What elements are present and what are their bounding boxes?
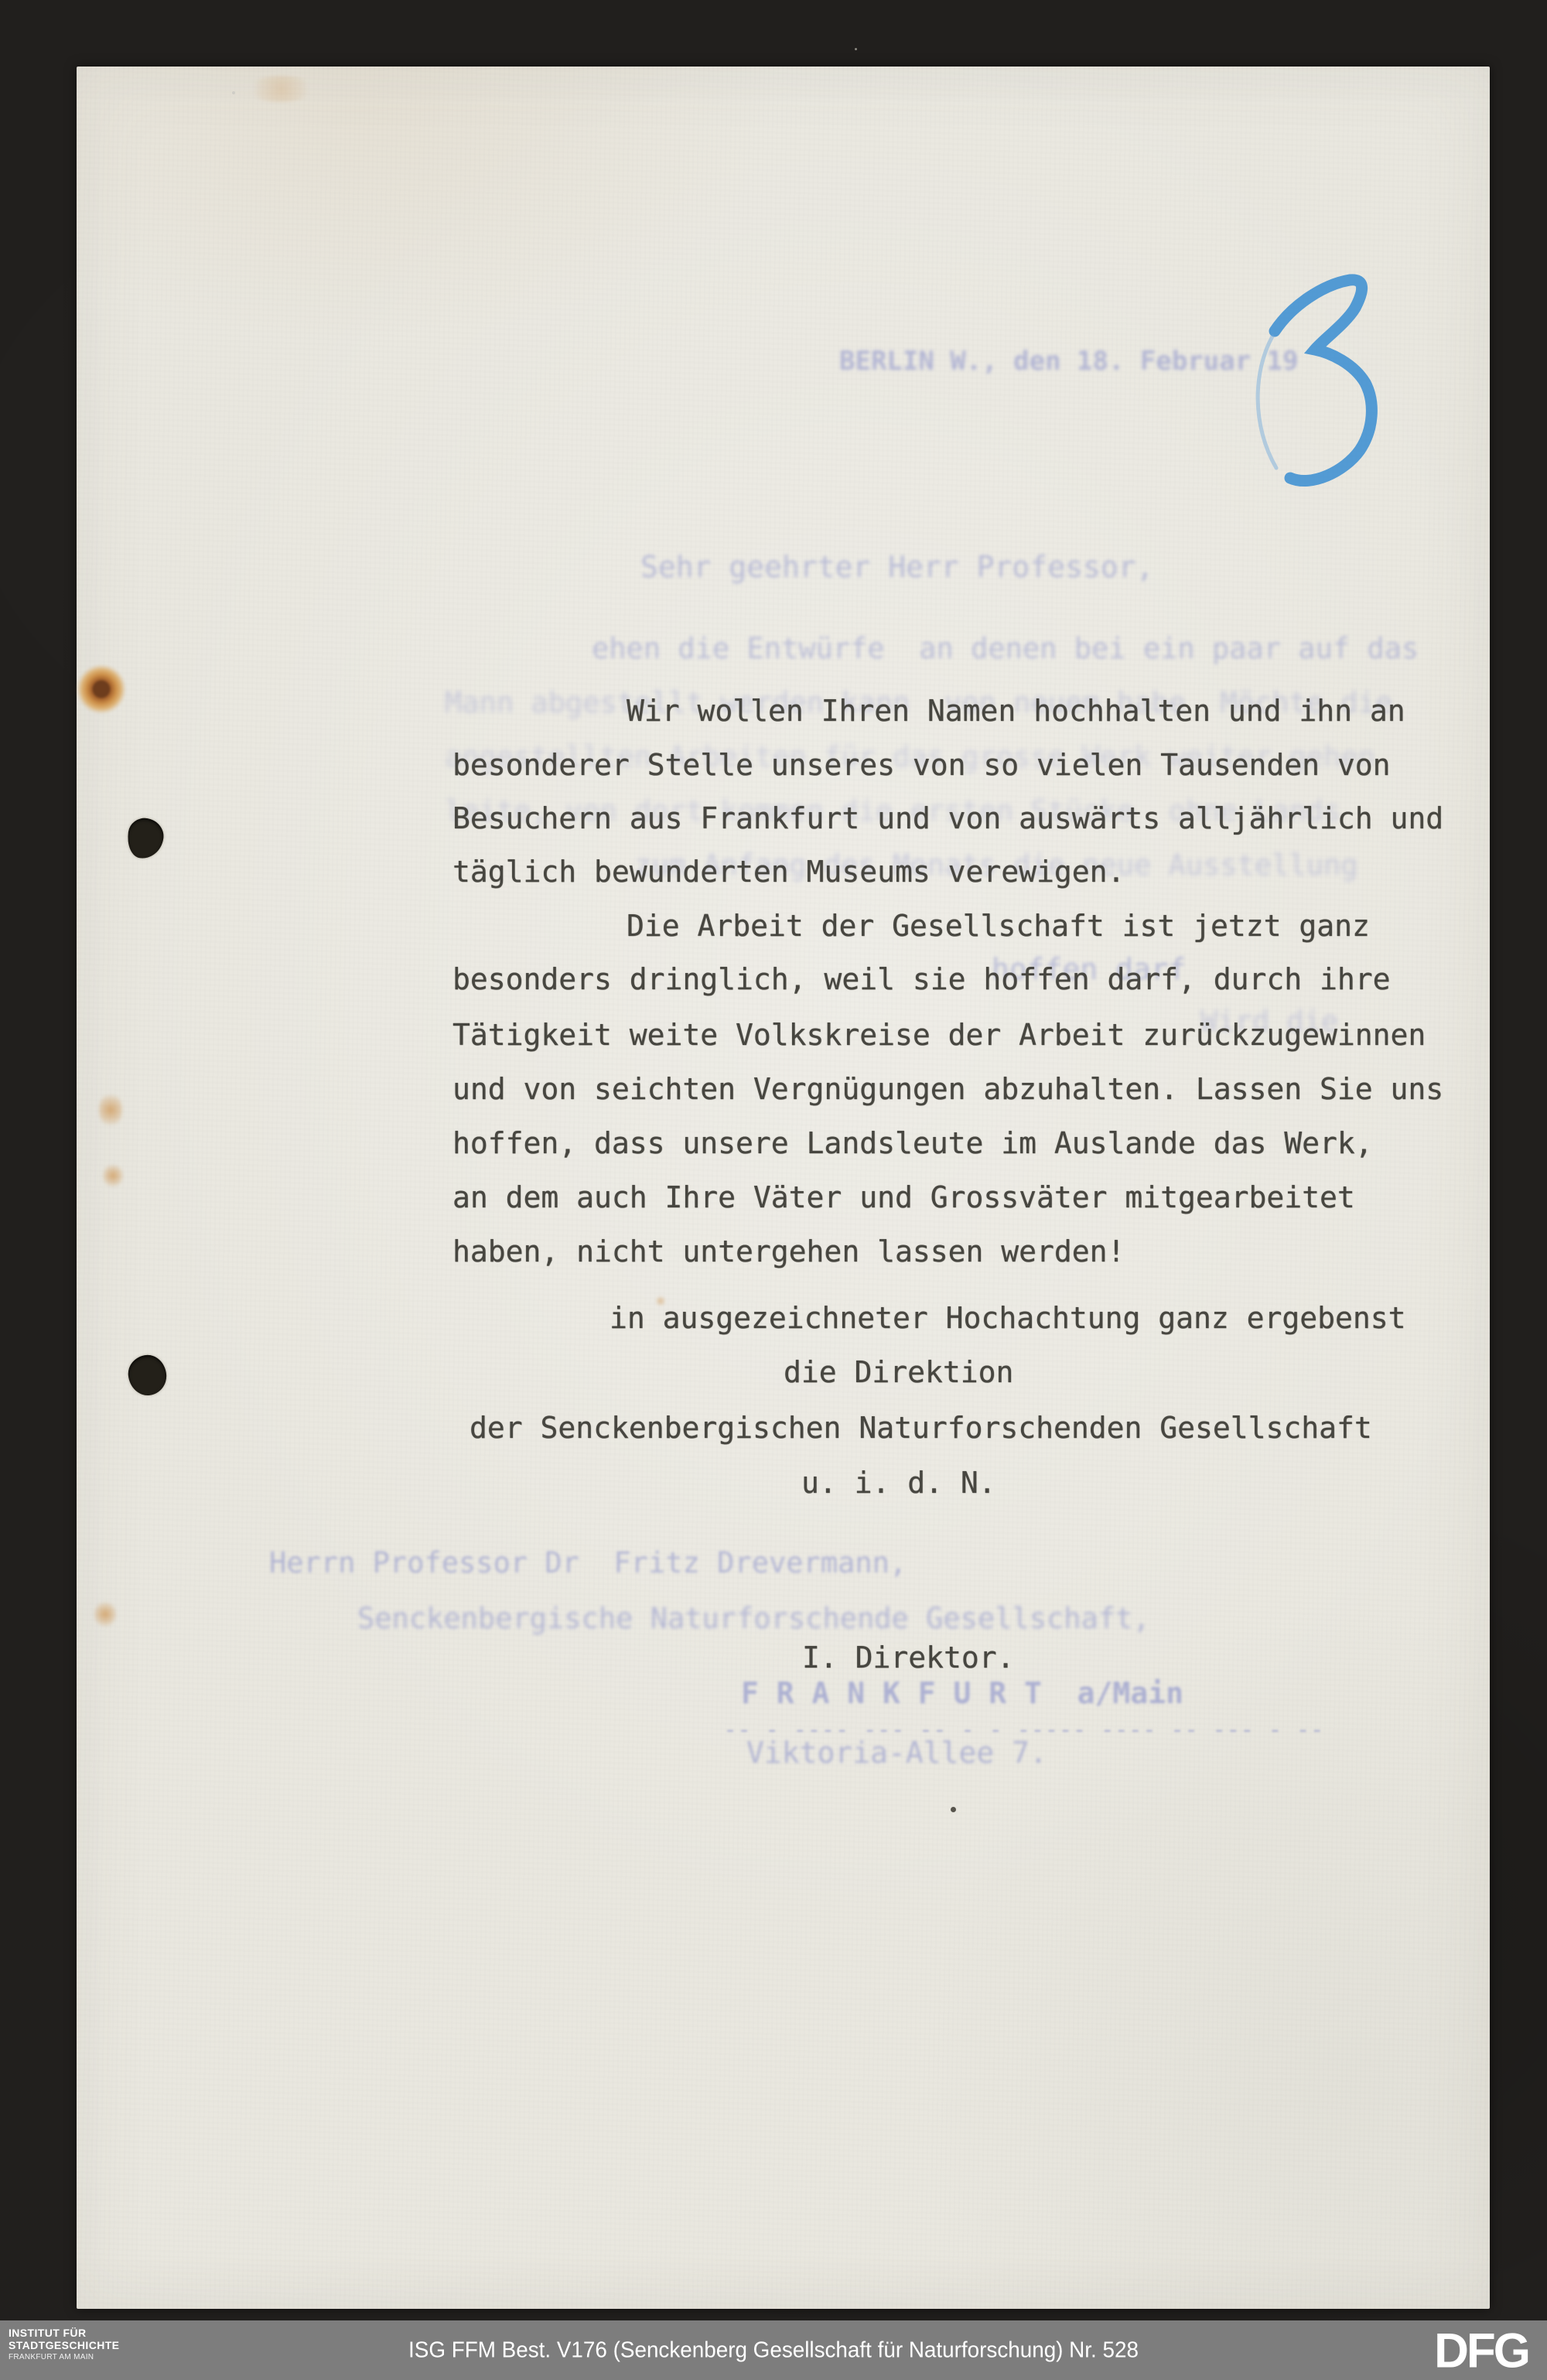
dust-speck <box>951 1807 956 1812</box>
dust-speck <box>855 48 857 50</box>
scan-viewport: BERLIN W., den 18. Februar 19Sehr geehrt… <box>0 0 1547 2380</box>
rust-ring-stain <box>76 664 127 715</box>
rust-stain <box>94 1601 116 1627</box>
institute-logo-block: INSTITUT FÜR STADTGESCHICHTE FRANKFURT A… <box>9 2327 119 2362</box>
rust-stain <box>656 1296 665 1306</box>
crayon-light-stroke <box>1258 336 1276 468</box>
crayon-stroke <box>1275 280 1371 481</box>
rust-stain <box>246 76 316 102</box>
institute-name-line2: STADTGESCHICHTE <box>9 2340 119 2352</box>
dust-speck <box>232 91 235 94</box>
handwritten-page-number-3 <box>1222 248 1408 510</box>
rust-stain <box>99 1092 122 1128</box>
institute-name-line3: FRANKFURT AM MAIN <box>9 2353 119 2361</box>
dfg-logo: DFG <box>1434 2323 1528 2378</box>
archive-footer-bar: INSTITUT FÜR STADTGESCHICHTE FRANKFURT A… <box>0 2320 1547 2380</box>
institute-name-line1: INSTITUT FÜR <box>9 2327 119 2340</box>
archive-reference-caption: ISG FFM Best. V176 (Senckenberg Gesellsc… <box>408 2337 1139 2363</box>
rust-stain <box>103 1164 123 1187</box>
